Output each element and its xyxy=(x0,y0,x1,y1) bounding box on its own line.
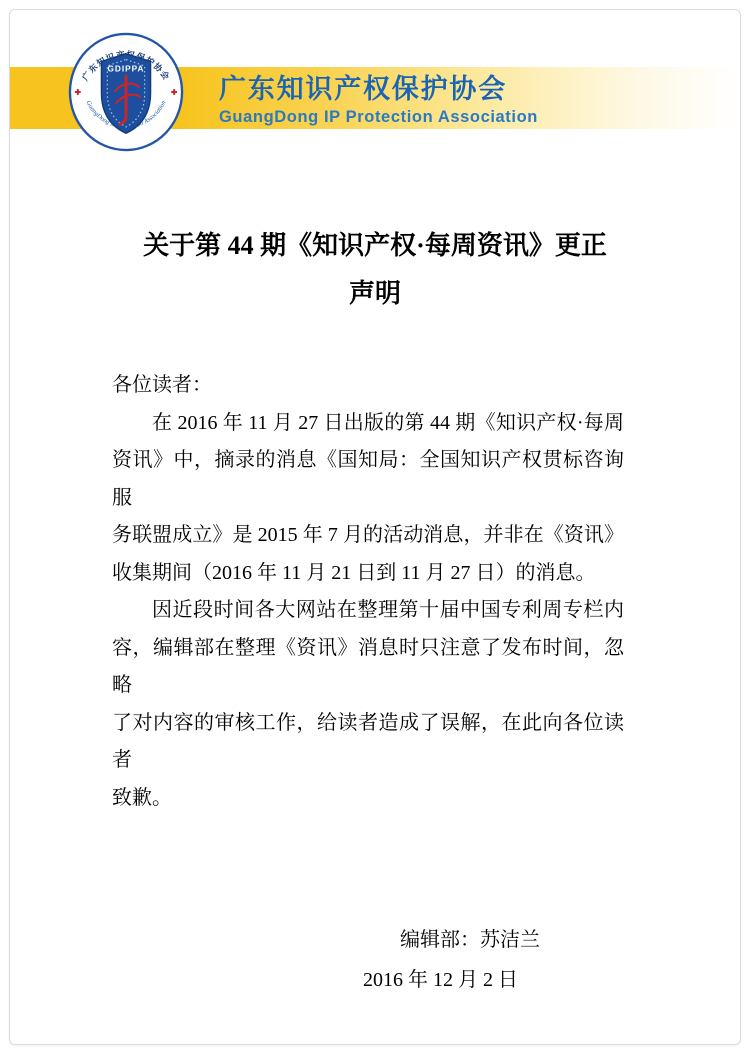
body-line: 了对内容的审核工作，给读者造成了误解，在此向各位读者 xyxy=(112,705,624,780)
document-title: 关于第 44 期《知识产权·每周资讯》更正 声明 xyxy=(10,222,740,318)
signature-block: 编辑部：苏洁兰 2016 年 12 月 2 日 xyxy=(112,920,624,1000)
body-line: 资讯》中，摘录的消息《国知局：全国知识产权贯标咨询服 xyxy=(112,442,624,517)
title-line-1: 关于第 44 期《知识产权·每周资讯》更正 xyxy=(10,222,740,270)
title-line-2: 声明 xyxy=(10,270,740,318)
body-line: 容，编辑部在整理《资讯》消息时只注意了发布时间，忽略 xyxy=(112,630,624,705)
document-content: 关于第 44 期《知识产权·每周资讯》更正 声明 各位读者： 在 2016 年 … xyxy=(10,10,740,1000)
signature-date: 2016 年 12 月 2 日 xyxy=(112,960,624,1000)
body-line: 因近段时间各大网站在整理第十届中国专利周专栏内 xyxy=(112,592,624,630)
body-line: 在 2016 年 11 月 27 日出版的第 44 期《知识产权·每周 xyxy=(112,405,624,443)
document-body: 各位读者： 在 2016 年 11 月 27 日出版的第 44 期《知识产权·每… xyxy=(112,367,624,1000)
salutation: 各位读者： xyxy=(112,367,624,405)
body-paragraphs: 在 2016 年 11 月 27 日出版的第 44 期《知识产权·每周资讯》中，… xyxy=(112,405,624,818)
signature-by: 编辑部：苏洁兰 xyxy=(112,920,624,960)
body-line: 务联盟成立》是 2015 年 7 月的活动消息，并非在《资讯》 xyxy=(112,517,624,555)
page-card: 广东知识产权保护协会 GuangDong IP Protection Assoc… xyxy=(9,9,741,1045)
body-line: 致歉。 xyxy=(112,780,624,818)
body-line: 收集期间（2016 年 11 月 21 日到 11 月 27 日）的消息。 xyxy=(112,555,624,593)
